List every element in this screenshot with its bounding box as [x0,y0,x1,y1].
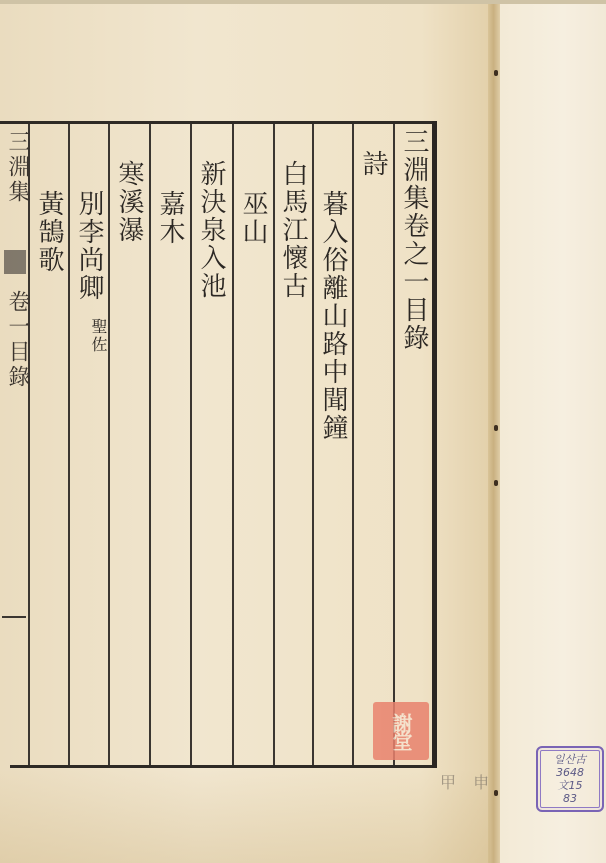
stamp-line: 文15 [558,779,583,792]
toc-entry-note: 聖佐 [89,318,107,354]
pencil-annotation: 甲 申 [440,770,495,793]
water-stain [0,770,490,863]
stamp-line: 83 [563,792,577,805]
toc-entry[interactable]: 黃鵠歌 [29,190,69,274]
library-stamp: 일산古 3648 文15 83 [536,746,604,812]
stamp-line: 3648 [556,766,584,779]
stamp-line: 일산古 [554,753,586,766]
toc-entry[interactable]: 暮入俗離山路中聞鐘 [313,190,353,442]
margin-page-mark [2,616,26,618]
section-heading: 詩 [353,150,393,178]
margin-book-title: 三淵集 [2,130,33,205]
toc-entry[interactable]: 別李尚卿 [69,190,109,302]
binding-hole [494,480,498,486]
fishtail-mark [4,250,26,274]
toc-entry[interactable]: 巫山 [233,190,273,246]
toc-header-title: 三淵集卷之一目錄 [394,128,434,352]
top-edge [0,0,606,4]
binding-hole [494,70,498,76]
red-seal: 謝堂 [373,702,429,760]
binding-hole [494,790,498,796]
toc-entry[interactable]: 新決泉入池 [191,160,231,300]
frame-top-border [0,121,437,124]
right-page [500,0,606,863]
toc-entry[interactable]: 寒溪瀑 [109,160,149,244]
toc-entry[interactable]: 白馬江懷古 [273,160,313,300]
binding-hole [494,425,498,431]
margin-volume-label: 卷一目錄 [2,290,33,390]
frame-bottom-border [10,765,437,768]
toc-entry[interactable]: 嘉木 [150,190,190,246]
seal-text: 謝堂 [389,713,413,749]
